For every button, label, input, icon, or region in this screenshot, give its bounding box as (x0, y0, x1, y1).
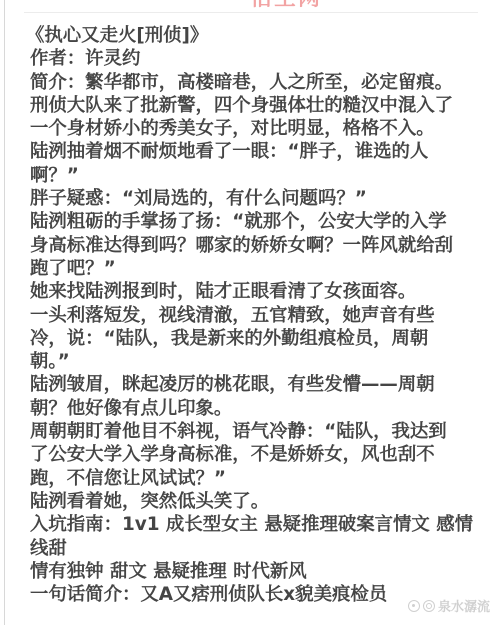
synopsis-line: 一个身材娇小的秀美女子，对比明显，格格不入。 (30, 117, 470, 140)
synopsis-line: 身高标准达得到吗？哪家的娇娇女啊？一阵风就给刮 (30, 234, 470, 257)
synopsis-line: 简介：繁华都市，高楼暗巷，人之所至，必定留痕。 (30, 71, 470, 94)
header-divider (24, 12, 478, 13)
synopsis-line: 周朝朝盯着他目不斜视，语气冷静：“陆队，我达到 (30, 420, 470, 443)
synopsis-line: 陆洌粗砺的手掌扬了扬：“就那个，公安大学的入学 (30, 210, 470, 233)
synopsis-line: 一头利落短发，视线清澈，五官精致，她声音有些 (30, 304, 470, 327)
guide-line: 入坑指南：1v1 成长型女主 悬疑推理破案言情文 感情 (30, 513, 470, 536)
author-line: 作者：许灵约 (30, 47, 470, 70)
book-title: 《执心又走火[刑侦]》 (26, 24, 470, 47)
synopsis-line: 陆洌看着她，突然低头笑了。 (30, 490, 470, 513)
synopsis-line: 冷，说：“陆队，我是新来的外勤组痕检员，周朝 (30, 327, 470, 350)
book-intro-article: 《执心又走火[刑侦]》 作者：许灵约 简介：繁华都市，高楼暗巷，人之所至，必定留… (30, 24, 470, 606)
watermark-text: 泉水潺流 (438, 596, 490, 615)
synopsis-line: 啊？” (30, 164, 470, 187)
site-logo-watermark: 悟空网 (236, 0, 336, 10)
left-border (4, 0, 5, 625)
synopsis-line: 陆洌皱眉，眯起凌厉的桃花眼，有些发懵——周朝 (30, 373, 470, 396)
guide-line: 线甜 (30, 537, 470, 560)
synopsis-line: 朝。” (30, 350, 470, 373)
synopsis-line: 她来找陆洌报到时，陆才正眼看清了女孩面容。 (30, 280, 470, 303)
synopsis-line: 跑了吧？” (30, 257, 470, 280)
tags-line: 情有独钟 甜文 悬疑推理 时代新风 (30, 560, 470, 583)
one-line-summary: 一句话简介：又A又痞刑侦队长x貌美痕检员 (30, 583, 470, 606)
synopsis-line: 了公安大学入学身高标准，不是娇娇女，风也刮不 (30, 443, 470, 466)
at-icon (423, 600, 435, 612)
author-watermark: 泉水潺流 (408, 596, 490, 615)
synopsis-line: 陆洌抽着烟不耐烦地看了一眼：“胖子，谁选的人 (30, 140, 470, 163)
paw-icon (408, 600, 420, 612)
synopsis-line: 胖子疑惑：“刘局选的，有什么问题吗？” (30, 187, 470, 210)
synopsis-line: 朝？他好像有点儿印象。 (30, 397, 470, 420)
synopsis-line: 刑侦大队来了批新警，四个身强体壮的糙汉中混入了 (30, 94, 470, 117)
synopsis-line: 跑，不信您让风试试？” (30, 467, 470, 490)
